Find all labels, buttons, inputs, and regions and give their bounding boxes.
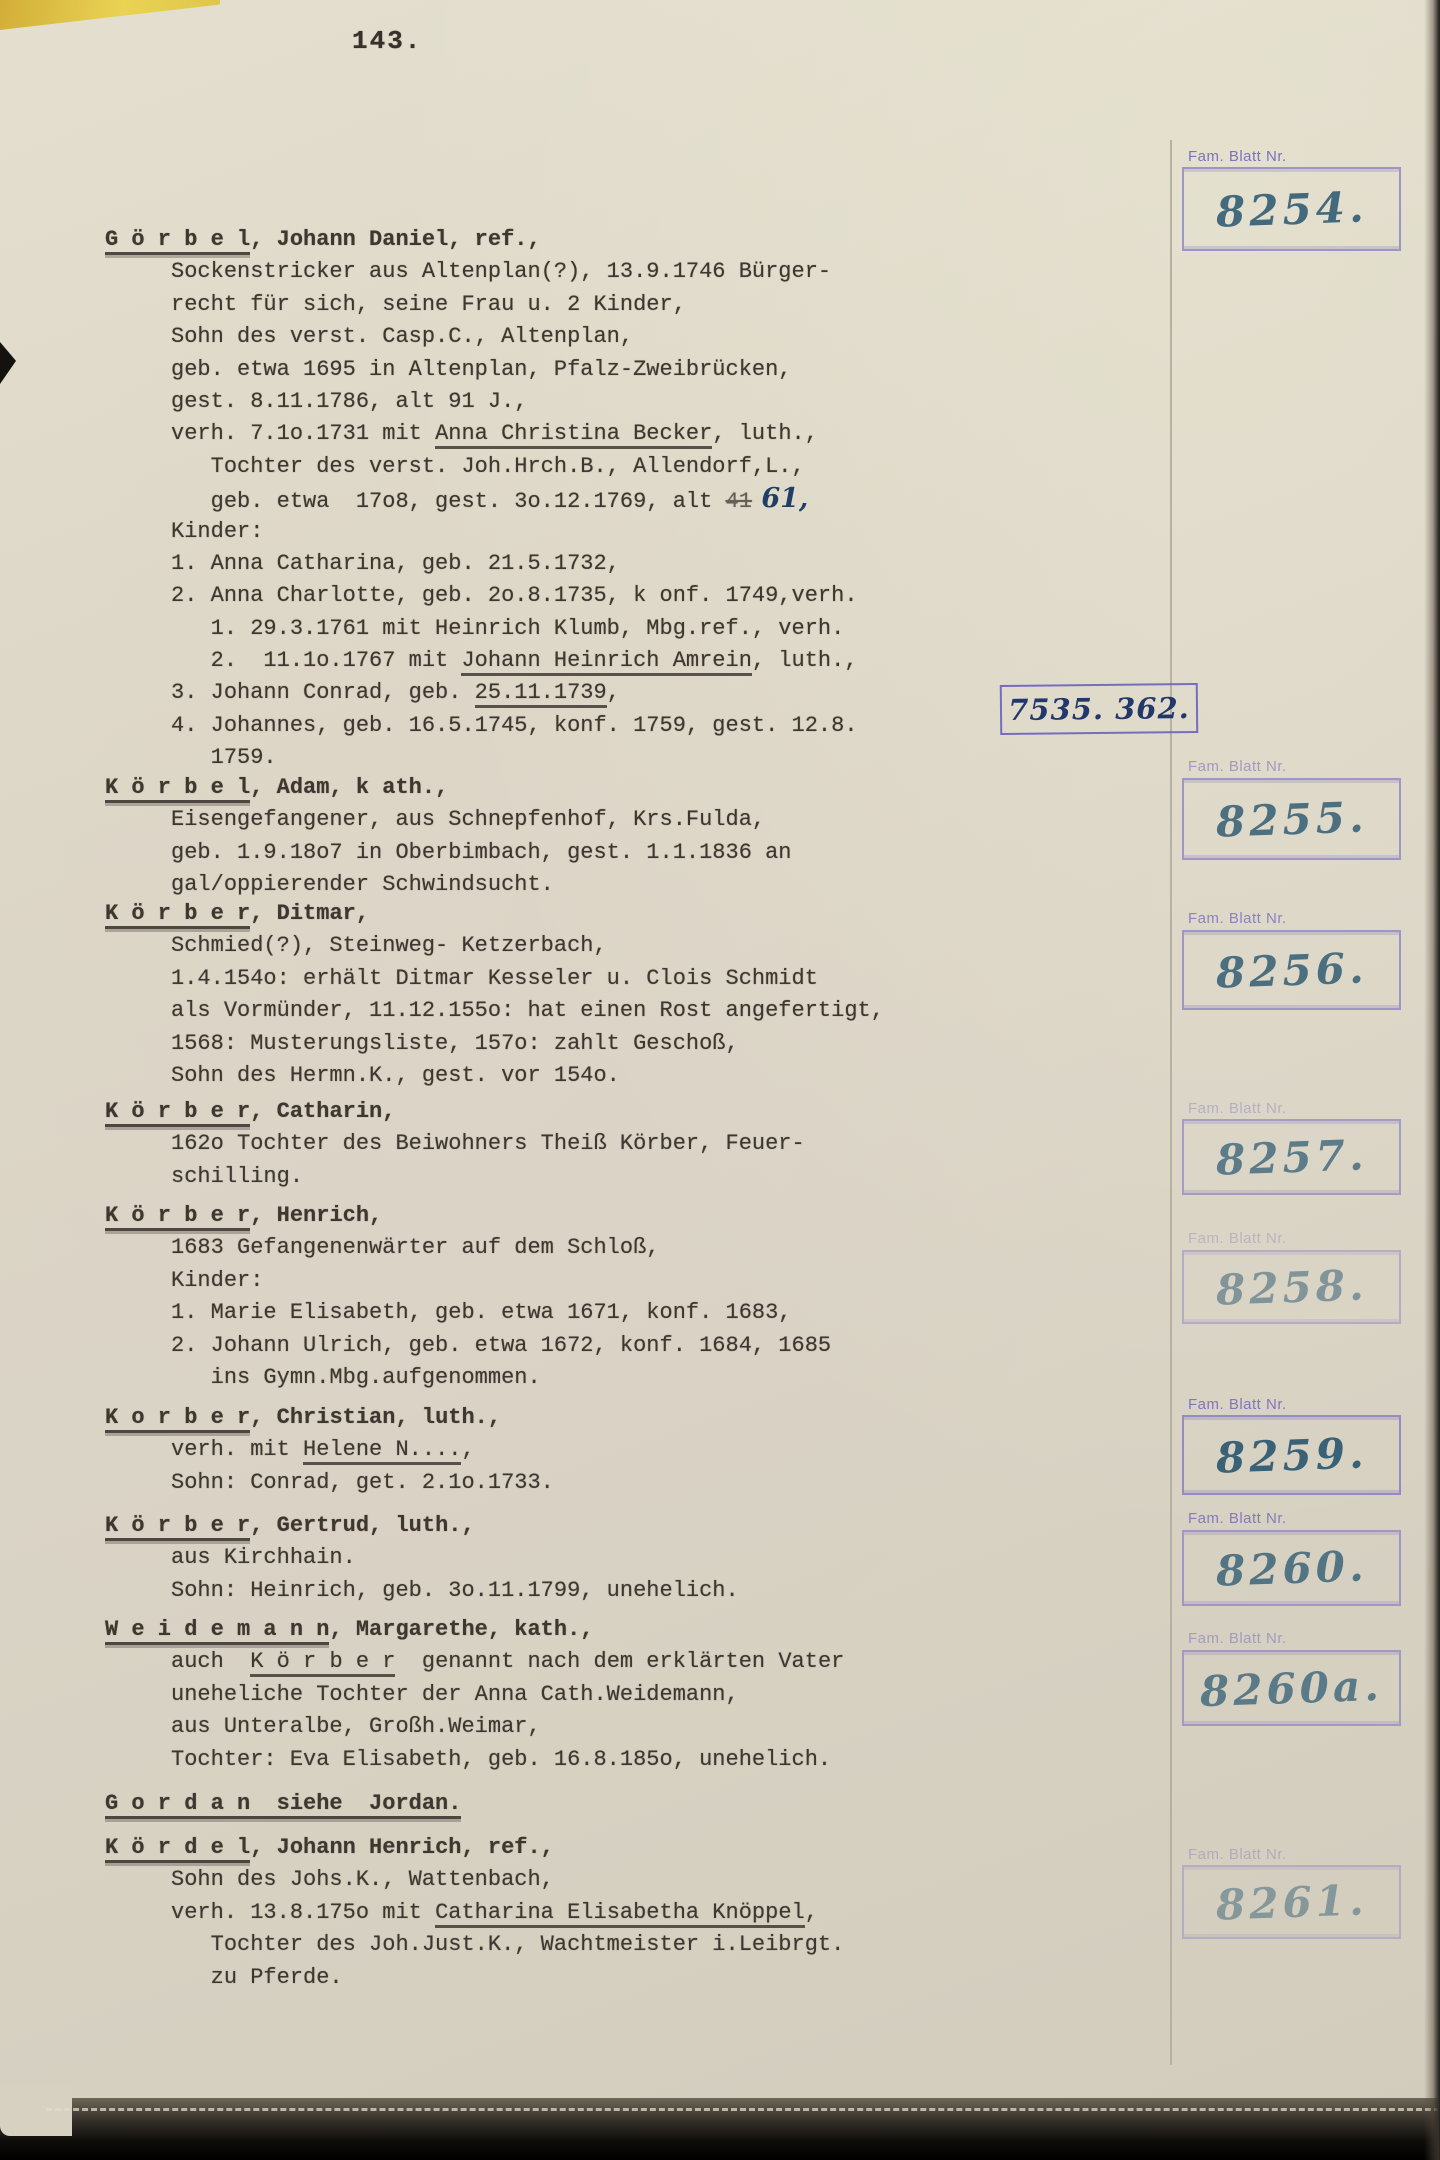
fam-blatt-number: 8258.	[1215, 1260, 1368, 1314]
typed-text: verh. 13.8.175o mit	[105, 1900, 435, 1925]
entry-heading-rest: , Johann Henrich, ref.,	[250, 1835, 554, 1860]
entry-line: zu Pferde.	[105, 1962, 1165, 1994]
entry-line: geb. etwa 1695 in Altenplan, Pfalz-Zweib…	[105, 354, 1165, 386]
handwritten-reference-number: 7535. 362.	[1008, 691, 1190, 727]
entry-heading-rest: , Gertrud, luth.,	[250, 1513, 474, 1538]
entry-heading: K ö r b e r, Ditmar,	[105, 898, 1165, 930]
fam-blatt-stamp-box: 8257.	[1182, 1119, 1401, 1195]
fam-blatt-stamp-box: 8259.	[1182, 1415, 1401, 1495]
fam-blatt-stamp-box: 8254.	[1182, 167, 1401, 251]
entry-line: schilling.	[105, 1161, 1165, 1193]
entry-line: aus Unteralbe, Großh.Weimar,	[105, 1711, 1165, 1743]
entry-heading: G o r d a n siehe Jordan.	[105, 1788, 1165, 1820]
fam-blatt-nr-label: Fam. Blatt Nr.	[1188, 1510, 1287, 1527]
entry-surname: G o r d a n siehe Jordan.	[105, 1791, 461, 1816]
fam-blatt-number: 8254.	[1215, 182, 1368, 236]
entry-line: Tochter: Eva Elisabeth, geb. 16.8.185o, …	[105, 1744, 1165, 1776]
entry-heading: K ö r b e r, Gertrud, luth.,	[105, 1510, 1165, 1542]
entry-heading: K ö r b e r, Catharin,	[105, 1096, 1165, 1128]
entry-line: 2. 11.1o.1767 mit Johann Heinrich Amrein…	[105, 645, 1165, 677]
fam-blatt-nr-label: Fam. Blatt Nr.	[1188, 1630, 1287, 1647]
underlined-name: Helene N....	[303, 1437, 461, 1465]
typed-text: 2. 11.1o.1767 mit	[105, 648, 461, 673]
fam-blatt-nr-label: Fam. Blatt Nr.	[1188, 1846, 1287, 1863]
entry: K ö r b e r, Gertrud, luth., aus Kirchha…	[105, 1510, 1165, 1607]
entry-line: 1568: Musterungsliste, 157o: zahlt Gesch…	[105, 1028, 1165, 1060]
entry-line: Kinder:	[105, 1265, 1165, 1297]
entry-line: 2. Anna Charlotte, geb. 2o.8.1735, k onf…	[105, 580, 1165, 612]
entry-heading: G ö r b e l, Johann Daniel, ref.,	[105, 224, 1165, 256]
entry-line: auch K ö r b e r genannt nach dem erklär…	[105, 1646, 1165, 1678]
typed-text: , luth.,	[752, 648, 858, 673]
fam-blatt-nr-label: Fam. Blatt Nr.	[1188, 1396, 1287, 1413]
entry-line: Sohn: Heinrich, geb. 3o.11.1799, uneheli…	[105, 1575, 1165, 1607]
entry: K ö r b e r, Henrich, 1683 Gefangenenwär…	[105, 1200, 1165, 1394]
fam-blatt-number: 8261.	[1215, 1875, 1368, 1929]
entry-line: 1683 Gefangenenwärter auf dem Schloß,	[105, 1232, 1165, 1264]
stamp-column-rule	[1170, 140, 1172, 2065]
underlined-name: Anna Christina Becker	[435, 421, 712, 449]
page-edge-top-artifact	[0, 0, 220, 30]
entry-surname: K o r b e r	[105, 1405, 250, 1430]
entry-line: verh. 13.8.175o mit Catharina Elisabetha…	[105, 1897, 1165, 1929]
entry-line: Tochter des Joh.Just.K., Wachtmeister i.…	[105, 1929, 1165, 1961]
entry-heading-rest: , Margarethe, kath.,	[329, 1617, 593, 1642]
fam-blatt-nr-label: Fam. Blatt Nr.	[1188, 1230, 1287, 1247]
entry-surname: W e i d e m a n n	[105, 1617, 329, 1642]
entry-line: Sohn des verst. Casp.C., Altenplan,	[105, 321, 1165, 353]
entry-line: Sockenstricker aus Altenplan(?), 13.9.17…	[105, 256, 1165, 288]
entry-heading: K ö r b e l, Adam, k ath.,	[105, 772, 1165, 804]
typed-text: ,	[461, 1437, 474, 1462]
entry: G o r d a n siehe Jordan.	[105, 1788, 1165, 1820]
entry-line: ins Gymn.Mbg.aufgenommen.	[105, 1362, 1165, 1394]
entry-line: geb. 1.9.18o7 in Oberbimbach, gest. 1.1.…	[105, 837, 1165, 869]
entry-heading: K ö r b e r, Henrich,	[105, 1200, 1165, 1232]
fam-blatt-stamp-box: 8256.	[1182, 930, 1401, 1010]
fam-blatt-nr-label: Fam. Blatt Nr.	[1188, 1100, 1287, 1117]
entry: K ö r b e r, Ditmar, Schmied(?), Steinwe…	[105, 898, 1165, 1092]
entry-line: verh. 7.1o.1731 mit Anna Christina Becke…	[105, 418, 1165, 450]
entry-surname: G ö r b e l	[105, 227, 250, 252]
typed-text: genannt nach dem erklärten Vater	[395, 1649, 844, 1674]
entry-surname: K ö r d e l	[105, 1835, 250, 1860]
entry-surname: K ö r b e r	[105, 1513, 250, 1538]
entry-line: als Vormünder, 11.12.155o: hat einen Ros…	[105, 995, 1165, 1027]
entry-surname: K ö r b e r	[105, 901, 250, 926]
typed-text: 3. Johann Conrad, geb.	[105, 680, 475, 705]
entry-line: gest. 8.11.1786, alt 91 J.,	[105, 386, 1165, 418]
fam-blatt-number: 8255.	[1215, 792, 1368, 846]
typed-text: auch	[105, 1649, 250, 1674]
scan-artifact-left	[0, 342, 16, 384]
typed-text: geb. etwa 17o8, gest. 3o.12.1769, alt	[105, 489, 726, 514]
typed-text: , luth.,	[712, 421, 818, 446]
entry: W e i d e m a n n, Margarethe, kath., au…	[105, 1614, 1165, 1776]
underlined-name: 25.11.1739	[475, 680, 607, 708]
entry-line: 1. Marie Elisabeth, geb. etwa 1671, konf…	[105, 1297, 1165, 1329]
entry-heading-rest: , Johann Daniel, ref.,	[250, 227, 540, 252]
entry-heading-rest: , Catharin,	[250, 1099, 395, 1124]
entry-heading: K ö r d e l, Johann Henrich, ref.,	[105, 1832, 1165, 1864]
entry-line: Sohn des Johs.K., Wattenbach,	[105, 1864, 1165, 1896]
entry-line: 1. 29.3.1761 mit Heinrich Klumb, Mbg.ref…	[105, 613, 1165, 645]
entry-line: Sohn: Conrad, get. 2.1o.1733.	[105, 1467, 1165, 1499]
entry-line: 2. Johann Ulrich, geb. etwa 1672, konf. …	[105, 1330, 1165, 1362]
entry-line: recht für sich, seine Frau u. 2 Kinder,	[105, 289, 1165, 321]
underlined-name: Catharina Elisabetha Knöppel	[435, 1900, 805, 1928]
entry-line: Schmied(?), Steinweg- Ketzerbach,	[105, 930, 1165, 962]
underlined-name: K ö r b e r	[250, 1649, 395, 1677]
scanned-document-page: 143. G ö r b e l, Johann Daniel, ref., S…	[0, 0, 1440, 2160]
entry-heading-rest: , Henrich,	[250, 1203, 382, 1228]
handwritten-reference-box: 7535. 362.	[1000, 683, 1199, 735]
entry-surname: K ö r b e l	[105, 775, 250, 800]
bottom-perforation-line	[46, 2108, 1440, 2111]
entry-line: 162o Tochter des Beiwohners Theiß Körber…	[105, 1128, 1165, 1160]
fam-blatt-stamp-box: 8260a.	[1182, 1650, 1401, 1726]
entry-line: gal/oppierender Schwindsucht.	[105, 869, 1165, 901]
entry-heading-rest: , Christian, luth.,	[250, 1405, 501, 1430]
entry-line: Eisengefangener, aus Schnepfenhof, Krs.F…	[105, 804, 1165, 836]
entry-line: geb. etwa 17o8, gest. 3o.12.1769, alt 41…	[105, 483, 1165, 515]
entry-surname: K ö r b e r	[105, 1099, 250, 1124]
fam-blatt-nr-label: Fam. Blatt Nr.	[1188, 758, 1287, 775]
fam-blatt-stamp-box: 8261.	[1182, 1865, 1401, 1939]
entry-heading-rest: , Ditmar,	[250, 901, 369, 926]
typed-text: ,	[805, 1900, 818, 1925]
fam-blatt-number: 8260a.	[1199, 1660, 1383, 1715]
fam-blatt-number: 8259.	[1215, 1428, 1368, 1482]
entry-line: 1759.	[105, 742, 1165, 774]
page-corner-bottom-left	[0, 2086, 72, 2136]
typed-text: verh. 7.1o.1731 mit	[105, 421, 435, 446]
entry-line: Sohn des Hermn.K., gest. vor 154o.	[105, 1060, 1165, 1092]
entry-surname: K ö r b e r	[105, 1203, 250, 1228]
page-edge-right	[1424, 0, 1440, 2160]
entry-line: aus Kirchhain.	[105, 1542, 1165, 1574]
entry-heading: K o r b e r, Christian, luth.,	[105, 1402, 1165, 1434]
fam-blatt-nr-label: Fam. Blatt Nr.	[1188, 910, 1287, 927]
entry: K ö r d e l, Johann Henrich, ref., Sohn …	[105, 1832, 1165, 1994]
page-number: 143.	[352, 26, 422, 56]
entry: K ö r b e l, Adam, k ath., Eisengefangen…	[105, 772, 1165, 902]
entry-heading: W e i d e m a n n, Margarethe, kath.,	[105, 1614, 1165, 1646]
fam-blatt-number: 8257.	[1215, 1130, 1368, 1184]
fam-blatt-number: 8260.	[1215, 1541, 1368, 1595]
entry-line: Kinder:	[105, 516, 1165, 548]
underlined-name: Johann Heinrich Amrein	[461, 648, 751, 676]
entry-line: uneheliche Tochter der Anna Cath.Weidema…	[105, 1679, 1165, 1711]
entry-line: 1. Anna Catharina, geb. 21.5.1732,	[105, 548, 1165, 580]
struck-typed-text: 41	[726, 489, 752, 514]
entry-line: verh. mit Helene N....,	[105, 1434, 1165, 1466]
fam-blatt-stamp-box: 8255.	[1182, 778, 1401, 860]
entry: K ö r b e r, Catharin, 162o Tochter des …	[105, 1096, 1165, 1193]
fam-blatt-stamp-box: 8260.	[1182, 1530, 1401, 1606]
entry: K o r b e r, Christian, luth., verh. mit…	[105, 1402, 1165, 1499]
entry-line: 1.4.154o: erhält Ditmar Kesseler u. Cloi…	[105, 963, 1165, 995]
entry-line: Tochter des verst. Joh.Hrch.B., Allendor…	[105, 451, 1165, 483]
entry-heading-rest: , Adam, k ath.,	[250, 775, 448, 800]
typed-text: ,	[607, 680, 620, 705]
handwritten-correction: 61,	[752, 483, 808, 514]
fam-blatt-nr-label: Fam. Blatt Nr.	[1188, 148, 1287, 165]
typed-text: verh. mit	[105, 1437, 303, 1462]
fam-blatt-stamp-box: 8258.	[1182, 1250, 1401, 1324]
fam-blatt-number: 8256.	[1215, 943, 1368, 997]
